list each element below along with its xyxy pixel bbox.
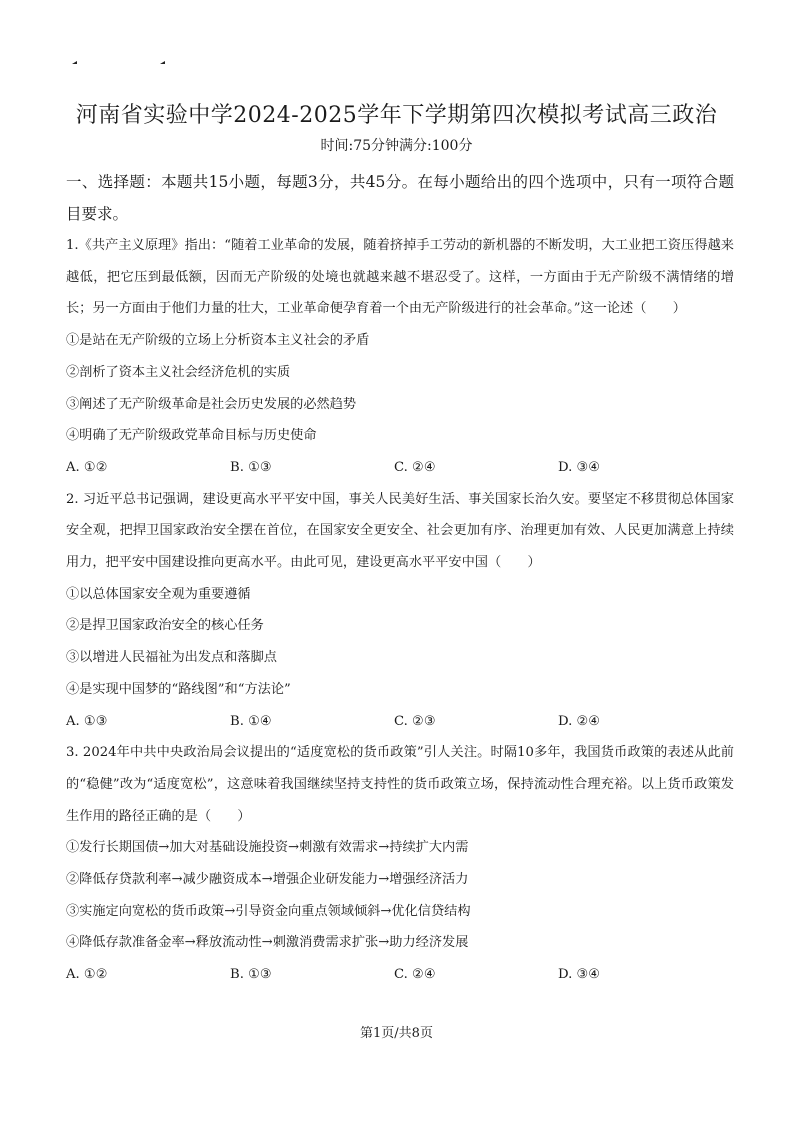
choice-a: A. ①② xyxy=(66,452,230,484)
corner-mark-right xyxy=(160,61,165,64)
choice-c: C. ②③ xyxy=(394,706,558,738)
section-heading: 一、选择题：本题共15小题，每题3分，共45分。在每小题给出的四个选项中，只有一… xyxy=(66,166,734,230)
choice-b: B. ①④ xyxy=(230,706,394,738)
statement-option: ①是站在无产阶级的立场上分析资本主义社会的矛盾 xyxy=(66,325,734,357)
answer-choices: A. ①② B. ①③ C. ②④ D. ③④ xyxy=(66,959,734,991)
corner-mark-left xyxy=(72,61,77,64)
choice-c: C. ②④ xyxy=(394,452,558,484)
choice-d: D. ②④ xyxy=(558,706,722,738)
question-stem: 2. 习近平总书记强调，建设更高水平平安中国，事关人民美好生活、事关国家长治久安… xyxy=(66,484,734,579)
statement-option: ②剖析了资本主义社会经济危机的实质 xyxy=(66,357,734,389)
question-stem: 3. 2024年中共中央政治局会议提出的“适度宽松的货币政策”引人关注。时隔10… xyxy=(66,737,734,832)
statement-option: ③阐述了无产阶级革命是社会历史发展的必然趋势 xyxy=(66,389,734,421)
statement-option: ②降低存贷款利率→减少融资成本→增强企业研发能力→增强经济活力 xyxy=(66,864,734,896)
statement-option: ④降低存款准备金率→释放流动性→刺激消费需求扩张→助力经济发展 xyxy=(66,927,734,959)
question-stem: 1.《共产主义原理》指出：“随着工业革命的发展，随着挤掉手工劳动的新机器的不断发… xyxy=(66,230,734,325)
choice-d: D. ③④ xyxy=(558,452,722,484)
choice-d: D. ③④ xyxy=(558,959,722,991)
question-1: 1.《共产主义原理》指出：“随着工业革命的发展，随着挤掉手工劳动的新机器的不断发… xyxy=(66,230,734,484)
question-3: 3. 2024年中共中央政治局会议提出的“适度宽松的货币政策”引人关注。时隔10… xyxy=(66,737,734,991)
answer-choices: A. ①② B. ①③ C. ②④ D. ③④ xyxy=(66,452,734,484)
choice-a: A. ①② xyxy=(66,959,230,991)
statement-option: ①以总体国家安全观为重要遵循 xyxy=(66,579,734,611)
statement-option: ④明确了无产阶级政党革命目标与历史使命 xyxy=(66,420,734,452)
answer-choices: A. ①③ B. ①④ C. ②③ D. ②④ xyxy=(66,706,734,738)
document-body: 一、选择题：本题共15小题，每题3分，共45分。在每小题给出的四个选项中，只有一… xyxy=(66,166,734,991)
choice-c: C. ②④ xyxy=(394,959,558,991)
page-title: 河南省实验中学2024-2025学年下学期第四次模拟考试高三政治 xyxy=(0,98,793,129)
exam-time-score: 时间:75分钟满分:100分 xyxy=(0,135,793,155)
choice-b: B. ①③ xyxy=(230,452,394,484)
page-indicator: 第1页/共8页 xyxy=(0,1022,793,1041)
statement-option: ①发行长期国债→加大对基础设施投资→刺激有效需求→持续扩大内需 xyxy=(66,832,734,864)
choice-a: A. ①③ xyxy=(66,706,230,738)
choice-b: B. ①③ xyxy=(230,959,394,991)
statement-option: ③实施定向宽松的货币政策→引导资金向重点领域倾斜→优化信贷结构 xyxy=(66,896,734,928)
question-2: 2. 习近平总书记强调，建设更高水平平安中国，事关人民美好生活、事关国家长治久安… xyxy=(66,484,734,738)
statement-option: ③以增进人民福祉为出发点和落脚点 xyxy=(66,642,734,674)
statement-option: ④是实现中国梦的“路线图”和“方法论” xyxy=(66,674,734,706)
statement-option: ②是捍卫国家政治安全的核心任务 xyxy=(66,610,734,642)
